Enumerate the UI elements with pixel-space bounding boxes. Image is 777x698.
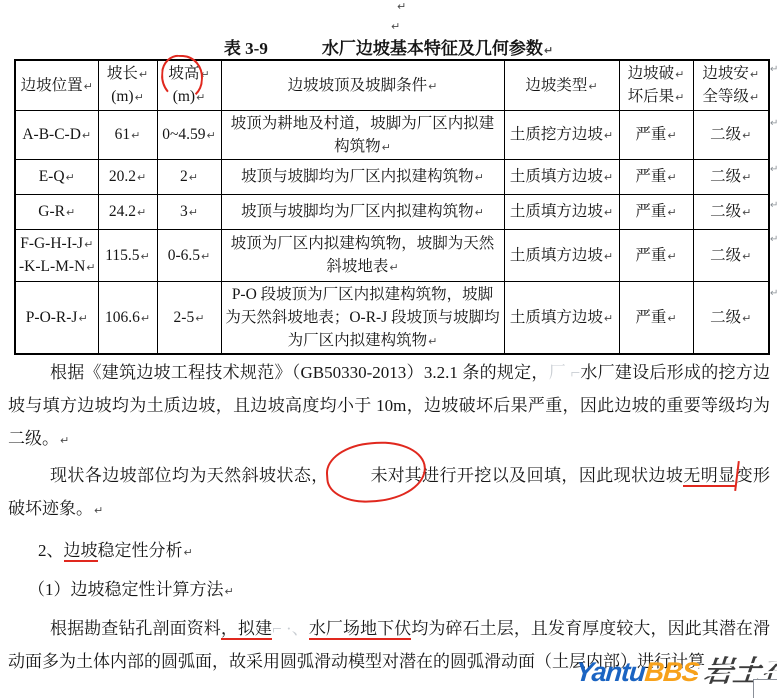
table-cell[interactable]: 严重↵: [619, 281, 693, 354]
paragraph-mark: ↵: [189, 206, 198, 219]
table-cell[interactable]: 土质填方边坡↵: [504, 194, 619, 229]
paragraph-mark: ↵: [137, 171, 146, 184]
table-row: F-G-H-I-J↵-K-L-M-N↵115.5↵0-6.5↵坡顶为厂区内拟建构…: [15, 229, 769, 281]
table-cell[interactable]: P-O 段坡顶为厂区内拟建构筑物，坡脚为天然斜坡地表；O-R-J 段坡顶与坡脚均…: [221, 281, 504, 354]
cell-text: 边坡位置: [21, 77, 83, 94]
cell-text: 严重: [635, 126, 666, 143]
paragraph-mark: ↵: [139, 68, 148, 81]
cell-text: 二级: [710, 247, 741, 264]
paragraph-mark: ↵: [742, 250, 751, 263]
paragraph-mark: ↵: [667, 206, 676, 219]
table-cell[interactable]: 二级↵: [693, 194, 769, 229]
cell-text: 115.5: [105, 247, 139, 264]
header-cell[interactable]: 边坡坡顶及坡脚条件↵: [221, 60, 504, 110]
cell-text: 坡长: [107, 65, 138, 82]
paragraph-mark: ↵: [544, 44, 553, 57]
cell-text: -K-L-M-N: [19, 258, 85, 275]
table-cell[interactable]: 20.2↵: [98, 159, 157, 194]
cell-text: 坡顶与坡脚均为厂区内拟建构筑物: [241, 203, 474, 220]
paragraph-mark: ↵: [475, 171, 484, 184]
table-cell[interactable]: 0-6.5↵: [157, 229, 221, 281]
heading-calculation-method[interactable]: （1）边坡稳定性计算方法↵: [8, 573, 770, 606]
paragraph-mark: ↵: [189, 171, 198, 184]
paragraph-mark: ↵: [742, 312, 751, 325]
table-cell[interactable]: 土质填方边坡↵: [504, 159, 619, 194]
paragraph-mark: ↵: [667, 129, 676, 142]
header-cell[interactable]: 边坡类型↵: [504, 60, 619, 110]
body-text[interactable]: 根据《建筑边坡工程技术规范》（GB50330-2013）3.2.1 条的规定，厂…: [8, 352, 770, 678]
red-circle-annotation: 坡高: [168, 62, 199, 85]
watermark-yantu-text: Yantu: [574, 657, 646, 687]
row-end-mark: ↵: [770, 288, 777, 299]
paragraph-mark: ↵: [201, 250, 210, 263]
textbox-corner: [753, 679, 777, 698]
cell-text: 二级: [710, 309, 741, 326]
table-cell[interactable]: 土质填方边坡↵: [504, 229, 619, 281]
cell-text: A-B-C-D: [22, 126, 81, 143]
paragraph-mark: ↵: [135, 91, 144, 104]
row-end-mark: ↵: [770, 118, 777, 129]
table-row: E-Q↵20.2↵2↵坡顶与坡脚均为厂区内拟建构筑物↵土质填方边坡↵严重↵二级↵: [15, 159, 769, 194]
paragraph-mark: ↵: [428, 80, 437, 93]
cell-text: 严重: [635, 247, 666, 264]
table-row: P-O-R-J↵106.6↵2-5↵P-O 段坡顶为厂区内拟建构筑物，坡脚为天然…: [15, 281, 769, 354]
document-page: { "meta": { "pilcrow": "↵", "row_end_mar…: [0, 0, 777, 698]
table-caption-number: 表 3-9: [224, 39, 268, 58]
cell-text: 土质填方边坡: [510, 203, 603, 220]
paragraph-mark: ↵: [391, 21, 400, 32]
cell-text: 坏后果: [628, 88, 675, 105]
paragraph-mark: ↵: [667, 312, 676, 325]
paragraph-mark: ↵: [86, 261, 95, 274]
table-cell[interactable]: 严重↵: [619, 110, 693, 159]
paragraph-mark: ↵: [207, 129, 216, 142]
paragraph-mark: ↵: [750, 68, 759, 81]
cell-text: 24.2: [109, 203, 136, 220]
table-cell[interactable]: G-R↵: [15, 194, 98, 229]
paragraph-mark: ↵: [78, 312, 87, 325]
watermark: YantuBBS岩土在线: [574, 649, 777, 690]
paragraph-mark: ↵: [84, 238, 93, 251]
cell-text: 严重: [635, 168, 666, 185]
slope-table-body: 边坡位置↵坡长↵(m)↵坡高↵(m)↵边坡坡顶及坡脚条件↵边坡类型↵边坡破↵坏后…: [15, 60, 769, 354]
paragraph-mark: ↵: [225, 585, 234, 598]
paragraph-mark: ↵: [604, 250, 613, 263]
heading-stability-analysis[interactable]: 2、边坡稳定性分析↵: [8, 534, 770, 567]
cell-text: 61: [115, 126, 131, 143]
table-cell[interactable]: 二级↵: [693, 281, 769, 354]
table-cell[interactable]: 2↵: [157, 159, 221, 194]
red-annotated-text: 未对其: [329, 459, 422, 492]
cell-text: 全等级: [702, 88, 749, 105]
paragraph-mark: ↵: [141, 250, 150, 263]
cell-text: 边坡破: [628, 65, 675, 82]
text-run: （1）边坡稳定性计算方法: [28, 580, 224, 599]
row-end-mark: ↵: [770, 164, 777, 175]
slope-table[interactable]: 边坡位置↵坡长↵(m)↵坡高↵(m)↵边坡坡顶及坡脚条件↵边坡类型↵边坡破↵坏后…: [14, 59, 770, 355]
paragraph-mark: ↵: [195, 312, 204, 325]
cell-text: 土质填方边坡: [510, 309, 603, 326]
text-run: 进行开挖以及回填，因此现状边坡: [422, 466, 684, 485]
paragraph-mark: ↵: [131, 129, 140, 142]
table-cell[interactable]: F-G-H-I-J↵-K-L-M-N↵: [15, 229, 98, 281]
text-run: 2、: [38, 541, 64, 560]
table-cell[interactable]: 2-5↵: [157, 281, 221, 354]
red-annotated-text: 边坡: [64, 541, 98, 562]
paragraph-mark: ↵: [742, 206, 751, 219]
paragraph-mark: ↵: [588, 80, 597, 93]
table-cell[interactable]: 严重↵: [619, 194, 693, 229]
cell-text: 边坡类型: [525, 77, 587, 94]
cell-text: 严重: [635, 203, 666, 220]
paragraph-importance-level[interactable]: 根据《建筑边坡工程技术规范》（GB50330-2013）3.2.1 条的规定，厂…: [8, 356, 770, 455]
paragraph-mark: ↵: [66, 171, 75, 184]
cell-text: 边坡安: [702, 65, 749, 82]
cell-text: G-R: [38, 203, 65, 220]
paragraph-mark: ↵: [675, 91, 684, 104]
paragraph-mark: ↵: [475, 206, 484, 219]
paragraph-mark: ↵: [66, 206, 75, 219]
text-run: 根据勘查钻孔剖面资料: [50, 619, 221, 638]
table-cell[interactable]: 坡顶为耕地及村道，坡脚为厂区内拟建构筑物↵: [221, 110, 504, 159]
paragraph-mark: ↵: [604, 129, 613, 142]
cell-text: 106.6: [105, 309, 140, 326]
cell-text: E-Q: [39, 168, 65, 185]
cell-text: 坡顶与坡脚均为厂区内拟建构筑物: [241, 168, 474, 185]
paragraph-mark: ↵: [742, 171, 751, 184]
header-cell[interactable]: 坡高↵(m)↵: [157, 60, 221, 110]
table-cell[interactable]: 二级↵: [693, 110, 769, 159]
cell-text: 严重: [635, 309, 666, 326]
cell-text: 0-6.5: [168, 247, 200, 264]
table-cell[interactable]: 3↵: [157, 194, 221, 229]
table-row: A-B-C-D↵61↵0~4.59↵坡顶为耕地及村道，坡脚为厂区内拟建构筑物↵土…: [15, 110, 769, 159]
table-cell[interactable]: 坡顶为厂区内拟建构筑物，坡脚为天然斜坡地表↵: [221, 229, 504, 281]
paragraph-mark: ↵: [667, 171, 676, 184]
row-end-mark: ↵: [770, 64, 777, 75]
paragraph-mark: ↵: [742, 129, 751, 142]
row-end-mark: ↵: [770, 200, 777, 211]
cell-text: 土质挖方边坡: [510, 126, 603, 143]
erased-text: ⌐ ·、: [272, 619, 309, 638]
cell-text: (m): [111, 88, 133, 105]
cell-text: 坡顶为厂区内拟建构筑物，坡脚为天然斜坡地表: [231, 235, 495, 275]
header-cell[interactable]: 边坡破↵坏后果↵: [619, 60, 693, 110]
paragraph-mark: ↵: [675, 68, 684, 81]
cell-text: 二级: [710, 126, 741, 143]
paragraph-mark: ↵: [137, 206, 146, 219]
red-annotated-text: 无明显: [683, 466, 735, 487]
table-cell[interactable]: 坡顶与坡脚均为厂区内拟建构筑物↵: [221, 194, 504, 229]
table-cell[interactable]: E-Q↵: [15, 159, 98, 194]
paragraph-mark: ↵: [141, 312, 150, 325]
cell-text: 3: [180, 203, 188, 220]
header-cell[interactable]: 边坡安↵全等级↵: [693, 60, 769, 110]
table-cell[interactable]: 24.2↵: [98, 194, 157, 229]
cell-text: 土质填方边坡: [510, 247, 603, 264]
cell-text: 2: [180, 168, 188, 185]
header-cell[interactable]: 边坡位置↵: [15, 60, 98, 110]
cell-text: P-O 段坡顶为厂区内拟建构筑物，坡脚为天然斜坡地表；O-R-J 段坡顶与坡脚均…: [225, 286, 499, 349]
paragraph-mark: ↵: [389, 261, 398, 274]
watermark-bbs-text: BBS: [643, 657, 700, 687]
table-cell[interactable]: 二级↵: [693, 229, 769, 281]
red-annotated-text: 水厂场地下伏: [309, 619, 412, 640]
table-cell[interactable]: 115.5↵: [98, 229, 157, 281]
table-cell[interactable]: 0~4.59↵: [157, 110, 221, 159]
paragraph-mark: ↵: [94, 504, 103, 517]
paragraph-mark: ↵: [184, 546, 193, 559]
table-cell[interactable]: 严重↵: [619, 229, 693, 281]
table-cell[interactable]: 土质填方边坡↵: [504, 281, 619, 354]
table-cell[interactable]: 106.6↵: [98, 281, 157, 354]
paragraph-mark: ↵: [60, 434, 69, 447]
paragraph-mark: ↵: [750, 91, 759, 104]
header-cell[interactable]: 坡长↵(m)↵: [98, 60, 157, 110]
table-cell[interactable]: A-B-C-D↵: [15, 110, 98, 159]
paragraph-current-state[interactable]: 现状各边坡部位均为天然斜坡状态，未对其进行开挖以及回填，因此现状边坡无明显变形破…: [8, 459, 770, 525]
table-row: G-R↵24.2↵3↵坡顶与坡脚均为厂区内拟建构筑物↵土质填方边坡↵严重↵二级↵: [15, 194, 769, 229]
cell-text: 0~4.59: [162, 126, 205, 143]
cell-text: 边坡坡顶及坡脚条件: [288, 77, 428, 94]
cell-text: 土质填方边坡: [510, 168, 603, 185]
table-caption-text: 水厂边坡基本特征及几何参数: [322, 39, 543, 58]
paragraph-mark: ↵: [397, 1, 406, 12]
red-annotated-text: ，拟建: [221, 619, 272, 640]
cell-text: P-O-R-J: [26, 309, 78, 326]
cell-text: F-G-H-I-J: [20, 235, 83, 252]
text-run: 根据《建筑边坡工程技术规范》（GB50330-2013）3.2.1 条的规定，: [50, 363, 549, 382]
table-cell[interactable]: 61↵: [98, 110, 157, 159]
table-cell[interactable]: 坡顶与坡脚均为厂区内拟建构筑物↵: [221, 159, 504, 194]
paragraph-mark: ↵: [604, 171, 613, 184]
table-cell[interactable]: 土质挖方边坡↵: [504, 110, 619, 159]
cell-text: 二级: [710, 203, 741, 220]
paragraph-mark: ↵: [604, 206, 613, 219]
table-cell[interactable]: 严重↵: [619, 159, 693, 194]
paragraph-mark: ↵: [84, 80, 93, 93]
cell-text: 坡顶为耕地及村道，坡脚为厂区内拟建构筑物: [231, 115, 495, 155]
paragraph-mark: ↵: [82, 129, 91, 142]
paragraph-mark: ↵: [604, 312, 613, 325]
paragraph-mark: ↵: [382, 141, 391, 154]
table-cell[interactable]: 二级↵: [693, 159, 769, 194]
cell-text: 2-5: [174, 309, 195, 326]
row-end-mark: ↵: [770, 234, 777, 245]
paragraph-mark: ↵: [667, 250, 676, 263]
cell-text: 20.2: [109, 168, 136, 185]
text-run: 现状各边坡部位均为天然斜坡状态，: [50, 466, 329, 485]
table-cell[interactable]: P-O-R-J↵: [15, 281, 98, 354]
paragraph-mark: ↵: [428, 335, 437, 348]
table-caption: 表 3-9水厂边坡基本特征及几何参数↵: [0, 34, 777, 59]
erased-text: 厂 ⌐: [549, 363, 580, 382]
text-run: 稳定性分析: [98, 541, 183, 560]
cell-text: 二级: [710, 168, 741, 185]
table-header-row: 边坡位置↵坡长↵(m)↵坡高↵(m)↵边坡坡顶及坡脚条件↵边坡类型↵边坡破↵坏后…: [15, 60, 769, 110]
